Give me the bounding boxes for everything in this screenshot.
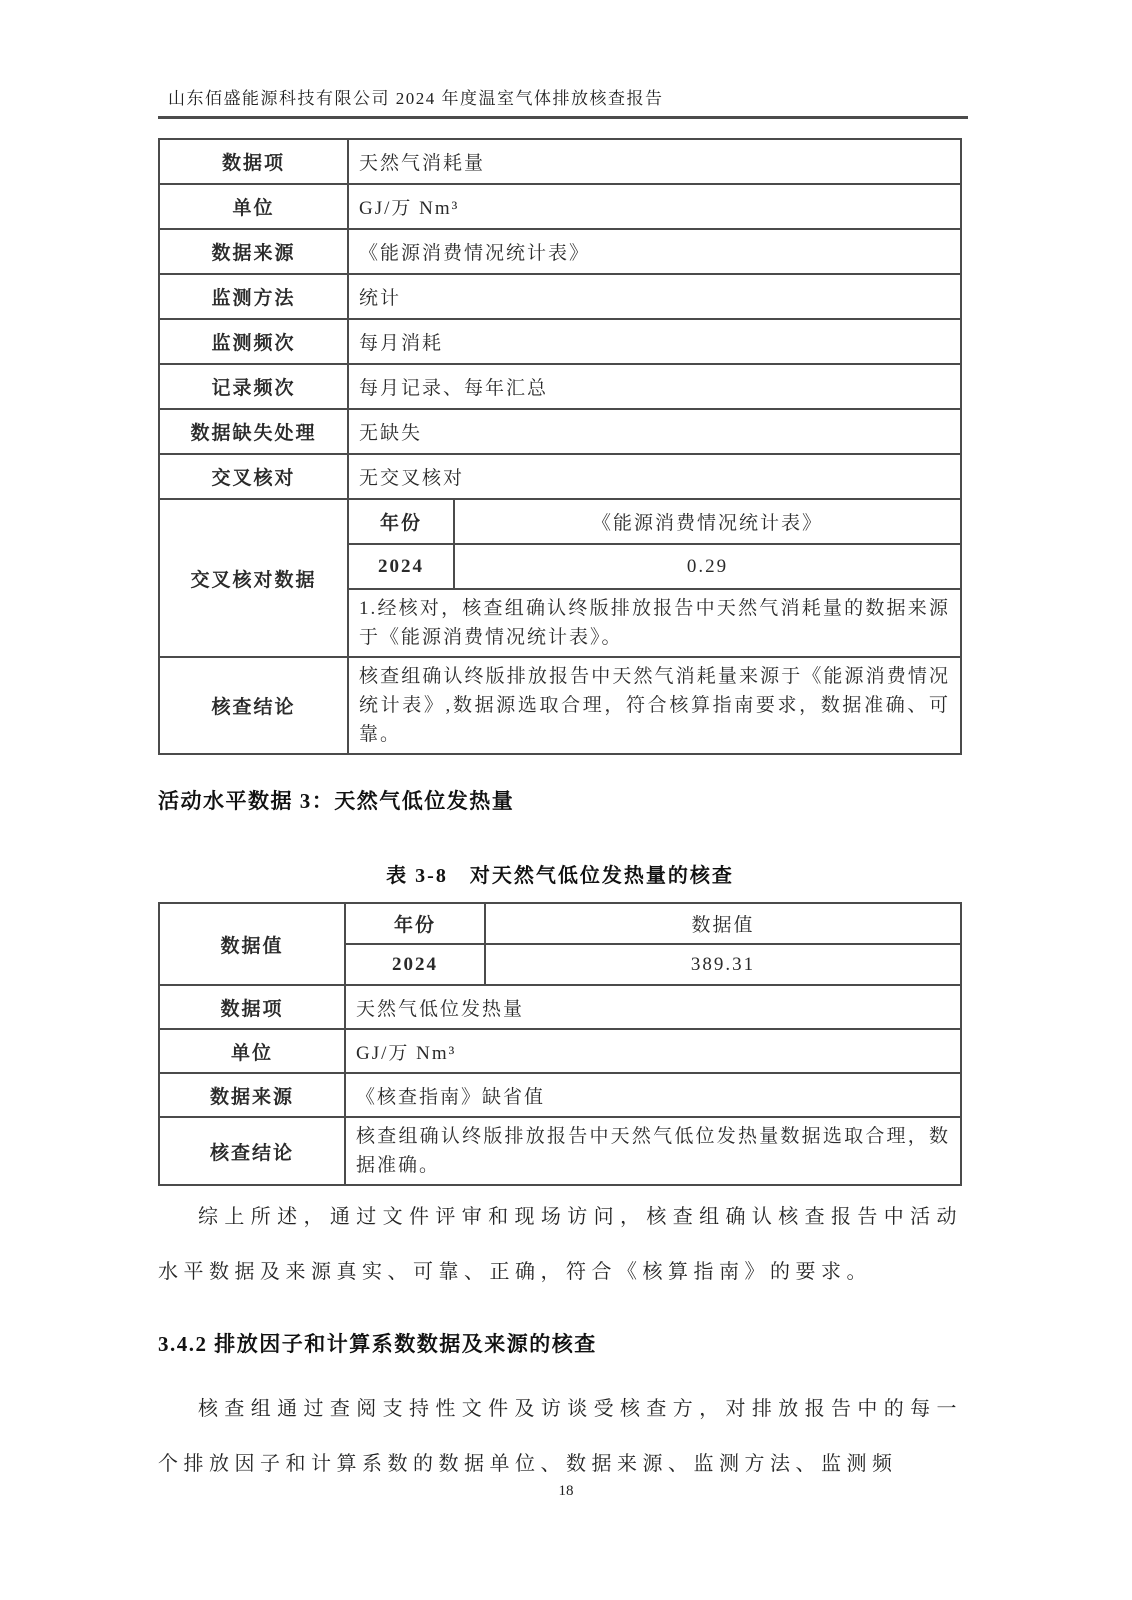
conclusion-row: 核查结论 核查组确认终版排放报告中天然气消耗量来源于《能源消费情况统计表》,数据… bbox=[159, 657, 961, 754]
activity-data-heading: 活动水平数据 3：天然气低位发热量 bbox=[158, 785, 962, 815]
row-label: 数据缺失处理 bbox=[159, 409, 348, 454]
value-cell: 0.29 bbox=[454, 544, 961, 589]
row-label: 监测方法 bbox=[159, 274, 348, 319]
body-paragraph: 核查组通过查阅支持性文件及访谈受核查方，对排放报告中的每一个排放因子和计算系数的… bbox=[158, 1382, 962, 1492]
table-row: 单位 GJ/万 Nm³ bbox=[159, 184, 961, 229]
row-value: GJ/万 Nm³ bbox=[348, 184, 961, 229]
table-row: 监测方法 统计 bbox=[159, 274, 961, 319]
row-value: 天然气低位发热量 bbox=[345, 985, 961, 1029]
conclusion-row: 核查结论 核查组确认终版排放报告中天然气低位发热量数据选取合理，数据准确。 bbox=[159, 1117, 961, 1185]
header-title: 山东佰盛能源科技有限公司 2024 年度温室气体排放核查报告 bbox=[158, 84, 968, 109]
page-content: 数据项 天然气消耗量 单位 GJ/万 Nm³ 数据来源 《能源消费情况统计表》 … bbox=[158, 138, 962, 1492]
year-cell: 2024 bbox=[345, 944, 485, 985]
table-3-8-caption: 表 3-8 对天然气低位发热量的核查 bbox=[158, 859, 962, 888]
table-row: 数据来源 《能源消费情况统计表》 bbox=[159, 229, 961, 274]
data-value-label: 数据值 bbox=[159, 903, 345, 985]
conclusion-label: 核查结论 bbox=[159, 657, 348, 754]
cross-check-note: 1.经核对，核查组确认终版排放报告中天然气消耗量的数据来源于《能源消费情况统计表… bbox=[348, 589, 961, 657]
summary-paragraph: 综上所述，通过文件评审和现场访问，核查组确认核查报告中活动水平数据及来源真实、可… bbox=[158, 1190, 962, 1300]
row-label: 数据项 bbox=[159, 985, 345, 1029]
table-row: 数据项 天然气消耗量 bbox=[159, 139, 961, 184]
year-header-cell: 年份 bbox=[348, 499, 454, 544]
row-value: 无缺失 bbox=[348, 409, 961, 454]
row-label: 数据项 bbox=[159, 139, 348, 184]
conclusion-label: 核查结论 bbox=[159, 1117, 345, 1185]
row-label: 单位 bbox=[159, 184, 348, 229]
row-value: 《能源消费情况统计表》 bbox=[348, 229, 961, 274]
year-header-cell: 年份 bbox=[345, 903, 485, 944]
table-row: 交叉核对 无交叉核对 bbox=[159, 454, 961, 499]
cross-check-header-row: 交叉核对数据 年份 《能源消费情况统计表》 bbox=[159, 499, 961, 544]
table-row: 数据缺失处理 无缺失 bbox=[159, 409, 961, 454]
row-label: 监测频次 bbox=[159, 319, 348, 364]
table-row: 监测频次 每月消耗 bbox=[159, 319, 961, 364]
cross-check-label: 交叉核对数据 bbox=[159, 499, 348, 657]
value-header-cell: 数据值 bbox=[485, 903, 961, 944]
conclusion-text: 核查组确认终版排放报告中天然气低位发热量数据选取合理，数据准确。 bbox=[345, 1117, 961, 1185]
row-value: 无交叉核对 bbox=[348, 454, 961, 499]
row-label: 单位 bbox=[159, 1029, 345, 1073]
source-header-cell: 《能源消费情况统计表》 bbox=[454, 499, 961, 544]
conclusion-text: 核查组确认终版排放报告中天然气消耗量来源于《能源消费情况统计表》,数据源选取合理… bbox=[348, 657, 961, 754]
row-value: GJ/万 Nm³ bbox=[345, 1029, 961, 1073]
row-value: 每月记录、每年汇总 bbox=[348, 364, 961, 409]
subsection-heading: 3.4.2 排放因子和计算系数数据及来源的核查 bbox=[158, 1328, 962, 1358]
row-value: 统计 bbox=[348, 274, 961, 319]
data-value-header-row: 数据值 年份 数据值 bbox=[159, 903, 961, 944]
row-label: 数据来源 bbox=[159, 1073, 345, 1117]
row-value: 《核查指南》缺省值 bbox=[345, 1073, 961, 1117]
row-label: 记录频次 bbox=[159, 364, 348, 409]
table-row: 数据来源 《核查指南》缺省值 bbox=[159, 1073, 961, 1117]
row-value: 天然气消耗量 bbox=[348, 139, 961, 184]
ncv-verification-table: 数据值 年份 数据值 2024 389.31 数据项 天然气低位发热量 单位 G… bbox=[158, 902, 962, 1186]
table-row: 记录频次 每月记录、每年汇总 bbox=[159, 364, 961, 409]
page-header: 山东佰盛能源科技有限公司 2024 年度温室气体排放核查报告 bbox=[158, 0, 968, 119]
row-value: 每月消耗 bbox=[348, 319, 961, 364]
report-page: 山东佰盛能源科技有限公司 2024 年度温室气体排放核查报告 数据项 天然气消耗… bbox=[0, 0, 1132, 1600]
page-number: 18 bbox=[0, 1483, 1132, 1500]
row-label: 交叉核对 bbox=[159, 454, 348, 499]
row-label: 数据来源 bbox=[159, 229, 348, 274]
year-cell: 2024 bbox=[348, 544, 454, 589]
table-row: 数据项 天然气低位发热量 bbox=[159, 985, 961, 1029]
value-cell: 389.31 bbox=[485, 944, 961, 985]
table-row: 单位 GJ/万 Nm³ bbox=[159, 1029, 961, 1073]
natural-gas-consumption-table: 数据项 天然气消耗量 单位 GJ/万 Nm³ 数据来源 《能源消费情况统计表》 … bbox=[158, 138, 962, 755]
